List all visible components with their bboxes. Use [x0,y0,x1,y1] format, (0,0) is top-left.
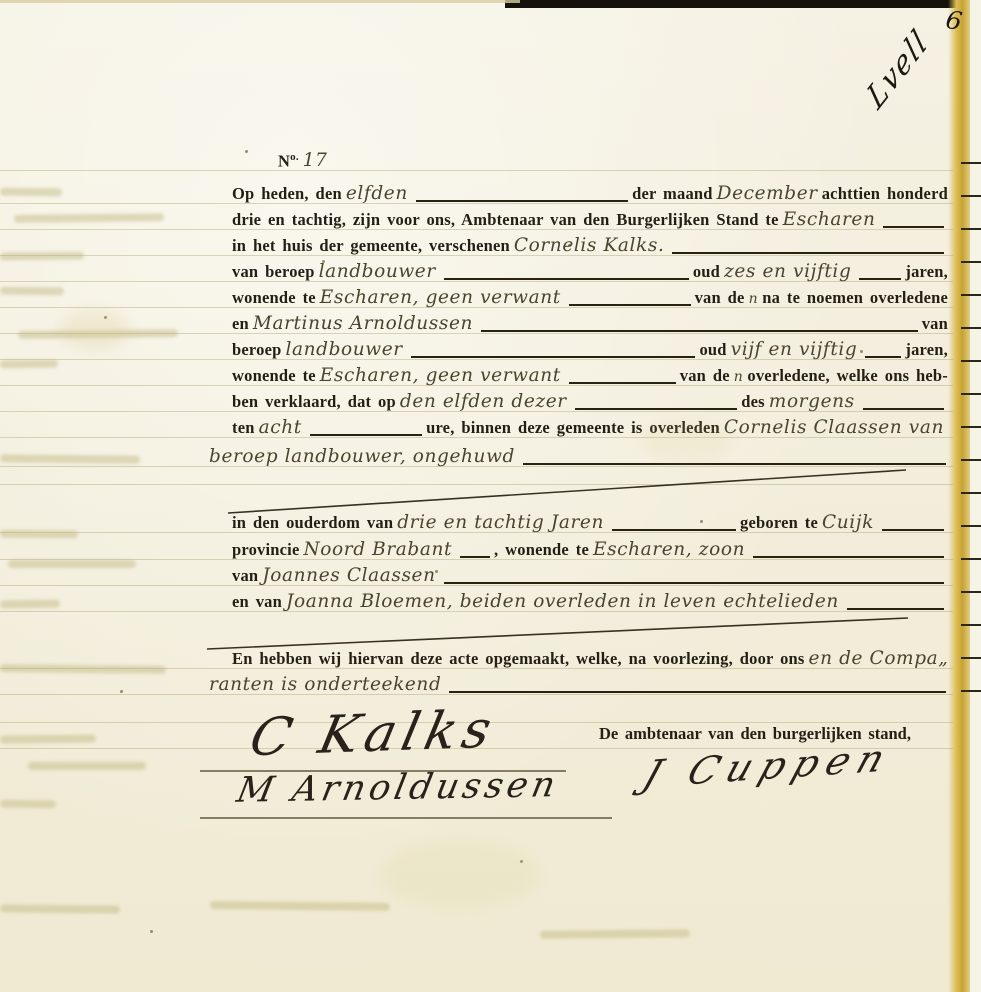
handwritten-entry: ranten is onderteekend [209,674,441,695]
page-fold-edge [948,0,972,992]
printed-form-text: beroep [232,340,281,360]
adjacent-page-rule-stub [961,426,981,428]
printed-form-text: van de [680,366,730,386]
printed-form-text: En hebben wij hiervan deze acte opgemaak… [232,649,805,669]
handwritten-entry: Cornelis Claassen van [724,417,944,438]
printed-form-text: jaren, [905,262,948,282]
blank-fill-line [847,608,944,610]
adjacent-page-rule-stub [961,294,981,296]
printed-form-text: drie en tachtig, zijn voor ons, Ambtenaa… [232,210,779,230]
paper-stain [60,310,130,350]
handwritten-entry: beroep landbouwer, ongehuwd [209,446,515,467]
handwritten-entry: den elfden dezer [400,391,567,412]
printed-form-text: , wonende te [494,540,589,560]
bleed-through-mark [0,800,56,809]
paper-speck [120,690,123,693]
act-line: van beroeplandbouweroudzes en vijftigjar… [232,261,948,285]
blank-fill-line [575,408,738,410]
printed-form-text: oud [699,340,726,360]
handwritten-entry: 17 [303,150,328,171]
bleed-through-mark [0,600,60,609]
act-line: en vanJoanna Bloemen, beiden overleden i… [232,591,948,615]
blank-fill-line [882,529,944,531]
act-line: in het huis der gemeente, verschenenCorn… [232,235,948,259]
bleed-through-mark [0,734,96,743]
signature-registrar-cuppen: J Cuppen [638,736,899,797]
bleed-through-mark [0,664,166,674]
handwritten-entry: December [717,183,818,204]
adjacent-page-rule-stub [961,162,981,164]
blank-fill-line [460,556,490,558]
printed-form-text: en [232,314,249,334]
signature-underline [200,817,612,819]
handwritten-entry: vijf en vijftig [731,339,858,360]
bleed-through-mark [0,530,78,539]
printed-form-text: des [741,392,765,412]
act-line: No.17 [278,150,498,174]
adjacent-page-rule-stub [961,228,981,230]
blank-fill-line [444,278,689,280]
act-line: enMartinus Arnoldussenvan [232,313,948,337]
adjacent-page-rule-stub [961,624,981,626]
act-line: En hebben wij hiervan deze acte opgemaak… [232,648,948,672]
printed-form-text: Op heden, den [232,184,342,204]
printed-form-text: ten [232,418,255,438]
signature-witness-kalks: C Kalks [245,700,503,768]
adjacent-page-rule-stub [961,690,981,692]
paper-stain [640,420,730,460]
adjacent-page-rule-stub [961,360,981,362]
printed-form-text: van de [695,288,745,308]
printed-form-text: van [232,566,258,586]
adjacent-page-rule-stub [961,525,981,527]
faint-rule [0,484,953,485]
act-line: Op heden, denelfdender maandDecemberacht… [232,183,948,207]
handwritten-entry: Cuijk [822,512,874,533]
adjacent-page-rule-stub [961,327,981,329]
act-line: beroep landbouwer, ongehuwd [205,446,950,470]
act-line: ranten is onderteekend [205,674,950,698]
bleed-through-mark [0,454,140,463]
blank-fill-line [411,356,696,358]
handwritten-entry: Escharen, zoon [593,539,745,560]
blank-fill-line [444,582,944,584]
handwritten-entry: drie en tachtig Jaren [397,512,604,533]
printed-form-text: der maand [632,184,713,204]
blank-fill-line [865,356,901,358]
handwritten-entry: n [749,291,759,307]
printed-form-text: provincie [232,540,300,560]
handwritten-entry: Escharen [783,209,876,230]
adjacent-page-rule-stub [961,492,981,494]
paper-speck [150,930,153,933]
act-line: vanJoannes Claassen [232,565,948,589]
adjacent-page-rule-stub [961,558,981,560]
act-line: in den ouderdom vandrie en tachtig Jaren… [232,512,948,536]
act-line: wonende teEscharen, geen verwantvan deno… [232,365,948,389]
scan-top-shadow [505,0,981,8]
blank-fill-line [753,556,944,558]
bleed-through-mark [0,360,58,369]
printed-form-text: ben verklaard, dat op [232,392,396,412]
signature-underline [200,770,566,772]
printed-form-text: overledene, welke ons heb- [747,366,948,386]
bleed-through-mark [0,904,120,913]
bleed-through-mark [28,762,146,770]
printed-form-text: geboren te [740,513,818,533]
printed-form-text: oud [693,262,720,282]
handwritten-entry: Cornelis Kalks. [514,235,665,256]
bleed-through-mark [0,287,64,296]
blank-fill-line [569,304,691,306]
bleed-through-mark [14,213,164,223]
printed-form-text: in het huis der gemeente, verschenen [232,236,510,256]
handwritten-entry: en de Compa„ [809,648,949,669]
handwritten-entry: acht [259,417,302,438]
printed-form-text: na te noemen overledene [762,288,948,308]
printed-form-text: van [922,314,948,334]
blank-fill-line [859,278,901,280]
printed-form-text: achttien honderd [822,184,948,204]
bleed-through-mark [0,188,62,197]
blank-fill-line [481,330,918,332]
registrar-paraph: Lvell [862,21,934,118]
printed-form-text: wonende te [232,366,316,386]
act-line: ben verklaard, dat opden elfden dezerdes… [232,391,948,415]
act-line: tenachture, binnen deze gemeente is over… [232,417,948,441]
printed-form-text: No. [278,151,299,172]
adjacent-page-rule-stub [961,261,981,263]
signature-witness-arnoldussen: M Arnoldussen [234,765,563,811]
blank-fill-line [569,382,676,384]
adjacent-page-rule-stub [961,657,981,659]
handwritten-entry: Escharen, geen verwant [320,365,561,386]
handwritten-entry: n [734,369,744,385]
act-line: beroeplandbouweroudvijf en vijftigjaren, [232,339,948,363]
bleed-through-mark [210,901,390,911]
printed-form-text: jaren, [905,340,948,360]
handwritten-entry: Joanna Bloemen, beiden overleden in leve… [286,591,839,612]
act-line: wonende teEscharen, geen verwantvan denn… [232,287,948,311]
adjacent-page-rule-stub [961,591,981,593]
handwritten-entry: zes en vijftig [724,261,851,282]
adjacent-page-rule-stub [961,459,981,461]
handwritten-entry: Joannes Claassen [262,565,435,586]
blank-fill-line [310,434,422,436]
bleed-through-mark [0,252,84,261]
next-page-sliver [970,0,981,992]
handwritten-entry: elfden [346,183,408,204]
blank-fill-line [523,463,946,465]
handwritten-entry: Escharen, geen verwant [320,287,561,308]
blank-fill-line [449,691,946,693]
printed-form-text: en van [232,592,282,612]
blank-fill-line [416,200,628,202]
paper-stain [380,840,540,910]
bleed-through-mark [540,929,690,939]
blank-fill-line [612,529,736,531]
blank-fill-line [883,226,944,228]
printed-form-text: in den ouderdom van [232,513,393,533]
handwritten-entry: Martinus Arnoldussen [253,313,473,334]
handwritten-entry: Noord Brabant [304,539,453,560]
death-certificate-scan: 6 Lvell No.17Op heden, denelfdender maan… [0,0,981,992]
blank-fill-line [672,252,944,254]
handwritten-entry: morgens [769,391,855,412]
act-line: drie en tachtig, zijn voor ons, Ambtenaa… [232,209,948,233]
adjacent-page-rule-stub [961,393,981,395]
scan-top-edge [0,0,520,3]
adjacent-page-rule-stub [961,195,981,197]
blank-fill-line [863,408,944,410]
handwritten-entry: landbouwer [285,339,402,360]
printed-form-text: van beroep [232,262,315,282]
printed-form-text: wonende te [232,288,316,308]
handwritten-entry: landbouwer [319,261,436,282]
paper-speck [245,150,248,153]
bleed-through-mark [8,560,136,568]
act-line: provincieNoord Brabant, wonende teEschar… [232,539,948,563]
